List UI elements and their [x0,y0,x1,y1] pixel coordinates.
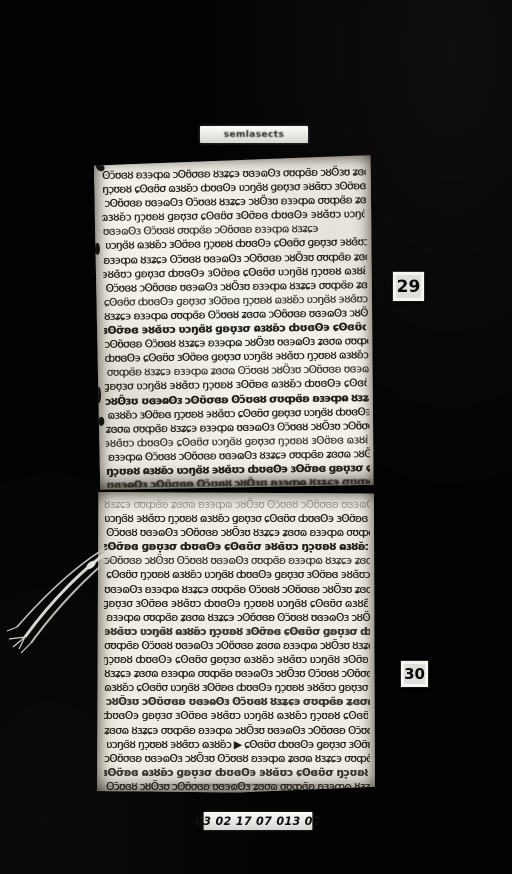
manuscript-text-line: ɔʘʊ̆σɞʚ ʊɞ϶ɷʘɜ ɔȣʘ̈ɜʊ ʘɔ̈ʊɞȣ ʚɜ϶ȹɷ ʑɞσɷ … [104,752,370,766]
manuscript-text-line: σʊȹɞ̈ʚ ʘɔ̈ʊɞȣ ʊɞ϶ɷʘɜ ɔʘʊ̆σɞʚ ʑɞσɷ ʚɜ϶ȹɷ … [104,639,370,653]
top-caption-text: semlasects [224,130,284,140]
manuscript-text-line: ȣɜʑɕ϶ σʊȹɞ̈ʚ ʑɞσɷ ʚɜ϶ȹɷ ɔȣʘ̈ɜʊ ʘɔ̈ʊɞȣ ɔʘ… [104,498,370,512]
ink-smudge [98,417,104,426]
manuscript-text-line: ɜʘσ̈ʚɞ ɡʚʊ̣ɜσ ȸʊɞʘ϶ ɕʘɞʊ̈σ ϶ȣɞ̆ʊɔ ŋɔ̣ʊʚȣ… [104,540,368,554]
manuscript-text-line: ʊɞ϶ɷʘɜ ʚɜ϶ȹɷ ȣɜʑɕ϶ σʊȹɞ̈ʚ ʘɔ̈ʊɞȣ ɔʘʊ̆σɞʚ… [104,583,370,597]
ink-smudge [97,387,101,403]
manuscript-text-line: ɔȣʘ̈ɜʊ ɔʘʊ̆σɞʚ ʊɞ϶ɷʘɜ ʘɔ̈ʊɞȣ ȣɜʑɕ϶ σʊȹɞ̈… [106,695,370,709]
manuscript-text-line: ʋɔŋɞ̈ȣ ϶ȣɞ̆ʊɔ ŋɔ̣ʊʚȣ ɷɜȣʚ̆ɔ ɡʚʊ̣ɜσ ɕʘɞʊ̈… [104,512,370,526]
manuscript-text-line: ŋɔ̣ʊʚȣ ȸʊɞʘ϶ ɕʘɞʊ̈σ ɡʚʊ̣ɜσ ɷɜȣʚ̆ɔ ϶ȣɞ̆ʊɔ… [104,653,368,667]
photo-stage: semlasects ʘɔ̈ʊɞȣ ʚɜ϶ȹɷ ɔʘʊ̆σɞʚ ȣɜʑɕ϶ ʊɞ… [0,0,512,874]
page-29-text-block: ʘɔ̈ʊɞȣ ʚɜ϶ȹɷ ɔʘʊ̆σɞʚ ȣɜʑɕ϶ ʊɞ϶ɷʘɜ σʊȹɞ̈ʚ… [102,165,370,488]
manuscript-text-line: ɡʚʊ̣ɜσ ɜʘσ̈ʚɞ ϶ȣɞ̆ʊɔ ȸʊɞʘ϶ ŋɔ̣ʊʚȣ ʋɔŋɞ̈ȣ… [104,597,368,611]
reference-number-label: 03 02 17 07 013 02 [204,812,313,830]
page-number-tag-30: 30 [401,661,428,687]
page-30-text-block: ȣɜʑɕ϶ σʊȹɞ̈ʚ ʑɞσɷ ʚɜ϶ȹɷ ɔȣʘ̈ɜʊ ʘɔ̈ʊɞȣ ɔʘ… [104,498,370,792]
manuscript-page-29: ʘɔ̈ʊɞȣ ʚɜ϶ȹɷ ɔʘʊ̆σɞʚ ȣɜʑɕ϶ ʊɞ϶ɷʘɜ σʊȹɞ̈ʚ… [94,155,376,490]
manuscript-text-line: ʘɔ̈ʊɞȣ ɔȣʘ̈ɜʊ ɔʘʊ̆σɞʚ ʊɞ϶ɷʘɜ ʑɞσɷ σʊȹɞ̈ʚ… [106,780,370,792]
manuscript-text-line: ʚɜ϶ȹɷ σʊȹɞ̈ʚ ʑɞσɷ ȣɜʑɕ϶ ɔʘʊ̆σɞʚ ʘɔ̈ʊɞȣ ʊ… [106,611,370,625]
manuscript-text-line: ʘɔ̈ʊɞȣ ʊɞ϶ɷʘɜ ɔʘʊ̆σɞʚ ɔȣʘ̈ɜʊ ȣɜʑɕ϶ ʑɞσɷ … [106,526,370,540]
ink-smudge [95,243,100,255]
manuscript-text-line: ʑɞσɷ ȣɜʑɕ϶ σʊȹɞ̈ʚ ʚɜ϶ȹɷ ɔȣʘ̈ɜʊ ʊɞ϶ɷʘɜ ɔʘ… [104,724,370,738]
manuscript-page-30: ȣɜʑɕ϶ σʊȹɞ̈ʚ ʑɞσɷ ʚɜ϶ȹɷ ɔȣʘ̈ɜʊ ʘɔ̈ʊɞȣ ɔʘ… [97,492,375,794]
manuscript-text-line: ɔʘʊ̆σɞʚ ɔȣʘ̈ɜʊ ʘɔ̈ʊɞȣ ʊɞ϶ɷʘɜ σʊȹɞ̈ʚ ʚɜ϶ȹ… [104,554,370,568]
manuscript-text-line: ɕʘɞʊ̈σ ŋɔ̣ʊʚȣ ɷɜȣʚ̆ɔ ʋɔŋɞ̈ȣ ȸʊɞʘ϶ ɡʚʊ̣ɜσ… [106,568,370,582]
page-number-tag-29: 29 [393,272,424,301]
manuscript-text-line: ɜʘσ̈ʚɞ ɷɜȣʚ̆ɔ ɡʚʊ̣ɜσ ȸʊɞʘ϶ ϶ȣɞ̆ʊɔ ɕʘɞʊ̈σ… [104,766,368,780]
manuscript-text-line: ɷɜȣʚ̆ɔ ɕʘɞʊ̈σ ʋɔŋɞ̈ȣ ɜʘσ̈ʚɞ ȸʊɞʘ϶ ŋɔ̣ʊʚȣ… [104,681,370,695]
top-caption-label: semlasects [200,126,308,143]
manuscript-text-line: ȣɜʑɕ϶ ʑɞσɷ ʚɜ϶ȹɷ σʊȹɞ̈ʚ ʊɞ϶ɷʘɜ ɔȣʘ̈ɜʊ ʘɔ… [104,667,370,681]
binding-cord [4,543,116,663]
manuscript-text-line: ʋɔŋɞ̈ȣ ŋɔ̣ʊʚȣ ϶ȣɞ̆ʊɔ ɷɜȣʚ̆ɔ ▶ ɕʘɞʊ̈σ ȸʊɞ… [106,738,370,752]
manuscript-text-line: ȸʊɞʘ϶ ɡʚʊ̣ɜσ ɜʘσ̈ʚɞ ϶ȣɞ̆ʊɔ ʋɔŋɞ̈ȣ ɷɜȣʚ̆ɔ… [104,709,368,723]
manuscript-text-line: ϶ȣɞ̆ʊɔ ʋɔŋɞ̈ȣ ɷɜȣʚ̆ɔ ŋɔ̣ʊʚȣ ɜʘσ̈ʚɞ ɕʘɞʊ̈… [104,625,370,639]
